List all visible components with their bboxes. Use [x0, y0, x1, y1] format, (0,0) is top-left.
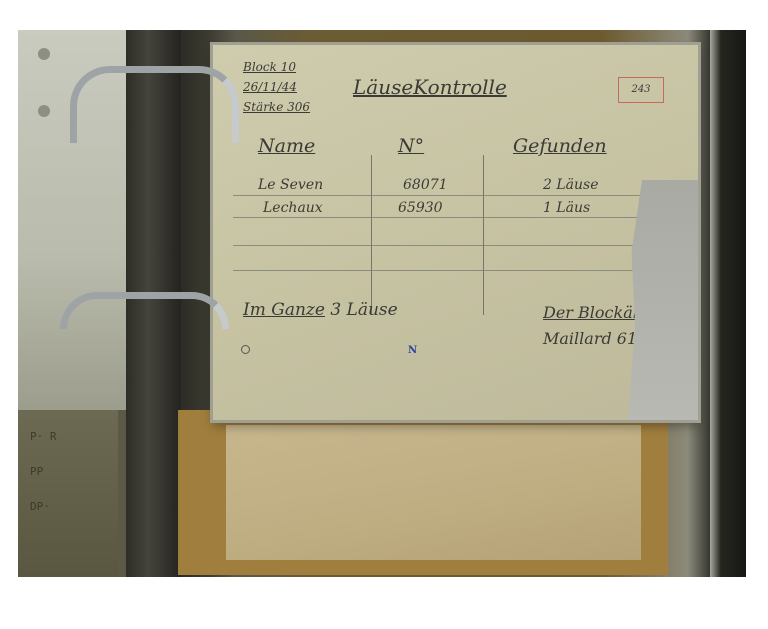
row-number: 68071 — [403, 177, 448, 193]
photograph: P· R PP DP· Block 10 26/11/44 Stärke 306… — [18, 30, 746, 577]
row-found: 2 Läuse — [543, 177, 599, 193]
row-name: Le Seven — [258, 177, 323, 193]
row-name: Lechaux — [263, 200, 323, 216]
binder-ring-icon — [70, 66, 239, 143]
faint-writing: DP· — [30, 500, 50, 513]
stamp-number: 243 — [618, 77, 664, 103]
column-header-found: Gefunden — [513, 135, 607, 157]
left-lower-sheet: P· R PP DP· — [18, 410, 118, 577]
punch-hole-icon — [241, 345, 250, 354]
column-header-number: N° — [398, 135, 424, 157]
faint-writing: PP — [30, 465, 43, 478]
faint-writing: P· R — [30, 430, 57, 443]
block-label: Block 10 — [243, 57, 310, 77]
strength: Stärke 306 — [243, 97, 310, 117]
punch-hole-icon — [38, 48, 50, 60]
row-found: 1 Läus — [543, 200, 590, 216]
binder-edge — [710, 30, 746, 577]
column-header-name: Name — [258, 135, 315, 157]
binder-ring-icon — [60, 292, 229, 329]
block-meta: Block 10 26/11/44 Stärke 306 — [243, 57, 310, 117]
total: Im Ganze 3 Läuse — [243, 300, 398, 320]
index-card: Block 10 26/11/44 Stärke 306 LäuseKontro… — [213, 45, 698, 420]
row-number: 65930 — [398, 200, 443, 216]
total-value: 3 Läuse — [330, 300, 397, 320]
blue-ink-mark: N — [408, 345, 417, 356]
card-date: 26/11/44 — [243, 77, 310, 97]
punch-hole-icon — [38, 105, 50, 117]
envelope-paper — [226, 425, 641, 560]
total-label: Im Ganze — [243, 300, 325, 320]
card-title: LäuseKontrolle — [353, 75, 507, 99]
torn-corner — [628, 180, 698, 420]
envelope — [178, 410, 668, 575]
